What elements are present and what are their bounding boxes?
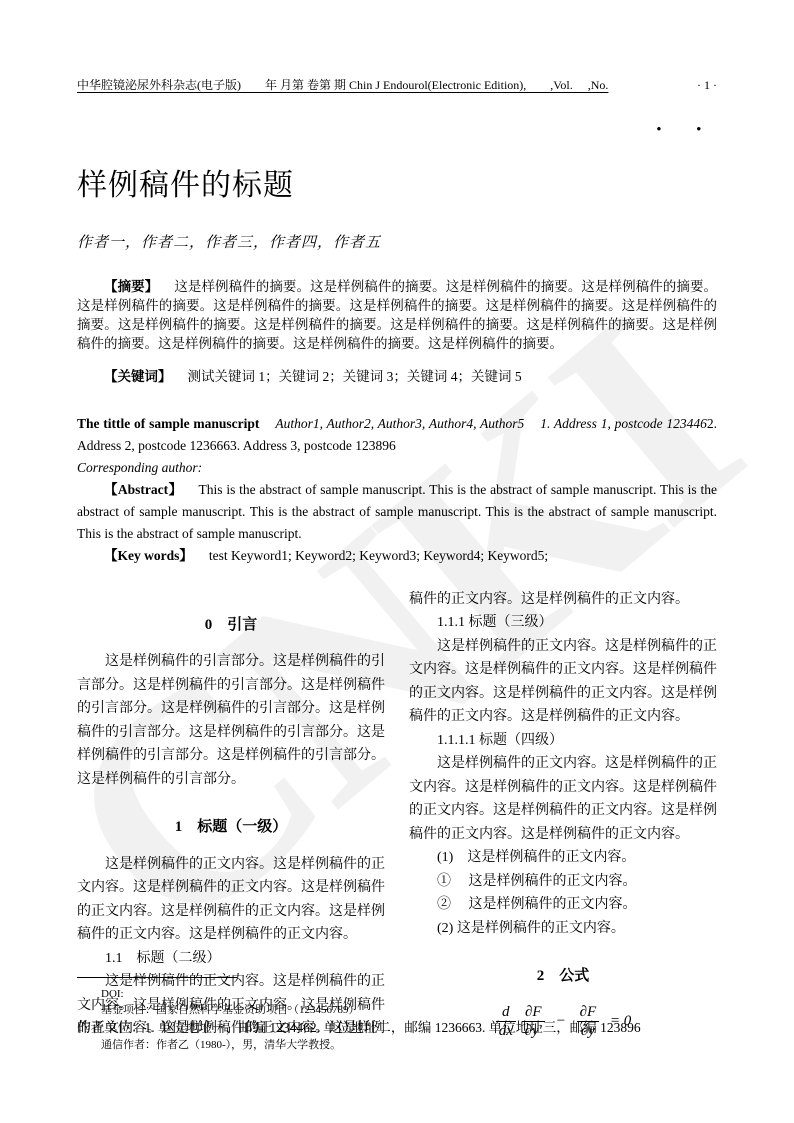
- manuscript-page: CNKI 中华腔镜泌尿外科杂志(电子版) 年 月第 卷第 期 Chin J En…: [0, 0, 794, 1123]
- correspondent-line: 通信作者：作者乙（1980-），男，清华大学教授。: [77, 1038, 717, 1054]
- keywords-en-text: test Keyword1; Keyword2; Keyword3; Keywo…: [209, 548, 548, 563]
- abstract-cn-label: 【摘要】: [104, 279, 158, 294]
- english-title: The tittle of sample manuscript: [77, 416, 259, 431]
- section-1-1-1-1-paragraph: 这是样例稿件的正文内容。这是样例稿件的正文内容。这是样例稿件的正文内容。这是样例…: [409, 752, 717, 846]
- english-block: The tittle of sample manuscriptAuthor1, …: [77, 413, 717, 567]
- page-number: · 1 ·: [697, 78, 717, 92]
- section-1-paragraph: 这是样例稿件的正文内容。这是样例稿件的正文内容。这是样例稿件的正文内容。这是样例…: [77, 853, 385, 947]
- footnote-block: DOI: 基金项目：国家自然科学基金资助项目（123456789） 作者单位：1…: [77, 977, 717, 1053]
- keywords-en: 【Key words】test Keyword1; Keyword2; Keyw…: [77, 545, 717, 567]
- affiliation-line: 作者单位：1. 单位地址一，邮编 1234462. 单位地址二，邮编 12366…: [77, 1019, 717, 1037]
- english-address-italic: 1. Address 1, postcode 123446: [540, 416, 707, 431]
- section-heading-1-1: 1.1 标题（二级）: [77, 947, 385, 971]
- english-authors: Author1, Author2, Author3, Author4, Auth…: [275, 416, 524, 431]
- abstract-cn-text: 这是样例稿件的摘要。这是样例稿件的摘要。这是样例稿件的摘要。这是样例稿件的摘要。…: [77, 279, 717, 351]
- corner-dots: • •: [77, 124, 717, 136]
- fund-line: 基金项目：国家自然科学基金资助项目（123456789）: [77, 1003, 717, 1019]
- two-column-body: 0 引言 这是样例稿件的引言部分。这是样例稿件的引言部分。这是样例稿件的引言部分…: [77, 588, 717, 1042]
- list-item-1: (1) 这是样例稿件的正文内容。: [409, 846, 717, 870]
- abstract-en-label: 【Abstract】: [104, 482, 183, 497]
- footnote-rule: [77, 977, 237, 978]
- section-heading-1-1-1-1: 1.1.1.1 标题（四级）: [409, 729, 717, 753]
- keywords-cn-label: 【关键词】: [104, 369, 172, 384]
- article-title: 样例稿件的标题: [77, 160, 717, 204]
- section-heading-intro: 0 引言: [77, 614, 385, 638]
- left-column: 0 引言 这是样例稿件的引言部分。这是样例稿件的引言部分。这是样例稿件的引言部分…: [77, 588, 385, 1042]
- english-title-authors: The tittle of sample manuscriptAuthor1, …: [77, 413, 717, 457]
- intro-paragraph: 这是样例稿件的引言部分。这是样例稿件的引言部分。这是样例稿件的引言部分。这是样例…: [77, 650, 385, 791]
- keywords-cn-text: 测试关键词 1；关键词 2；关键词 3；关键词 4；关键词 5: [188, 369, 522, 384]
- section-heading-1: 1 标题（一级）: [77, 816, 385, 840]
- keywords-en-label: 【Key words】: [104, 548, 193, 563]
- section-1-1-1-paragraph: 这是样例稿件的正文内容。这是样例稿件的正文内容。这是样例稿件的正文内容。这是样例…: [409, 635, 717, 729]
- journal-title-line: 中华腔镜泌尿外科杂志(电子版) 年 月第 卷第 期 Chin J Endouro…: [77, 78, 608, 92]
- keywords-cn: 【关键词】测试关键词 1；关键词 2；关键词 3；关键词 4；关键词 5: [77, 367, 717, 386]
- running-header: 中华腔镜泌尿外科杂志(电子版) 年 月第 卷第 期 Chin J Endouro…: [77, 78, 717, 92]
- abstract-cn: 【摘要】这是样例稿件的摘要。这是样例稿件的摘要。这是样例稿件的摘要。这是样例稿件…: [77, 277, 717, 353]
- page-content: 中华腔镜泌尿外科杂志(电子版) 年 月第 卷第 期 Chin J Endouro…: [0, 0, 794, 1041]
- list-item-2: ① 这是样例稿件的正文内容。: [409, 870, 717, 894]
- right-column: 稿件的正文内容。这是样例稿件的正文内容。 1.1.1 标题（三级） 这是样例稿件…: [409, 588, 717, 1042]
- section-heading-1-1-1: 1.1.1 标题（三级）: [409, 611, 717, 635]
- doi-line: DOI:: [77, 987, 717, 1003]
- list-item-3: ② 这是样例稿件的正文内容。: [409, 893, 717, 917]
- corresponding-author: Corresponding author:: [77, 457, 717, 479]
- section-1-1-paragraph-continued: 稿件的正文内容。这是样例稿件的正文内容。: [409, 588, 717, 612]
- abstract-en: 【Abstract】This is the abstract of sample…: [77, 479, 717, 545]
- list-item-4: (2) 这是样例稿件的正文内容。: [409, 917, 717, 941]
- author-list: 作者一，作者二，作者三，作者四，作者五: [77, 231, 717, 252]
